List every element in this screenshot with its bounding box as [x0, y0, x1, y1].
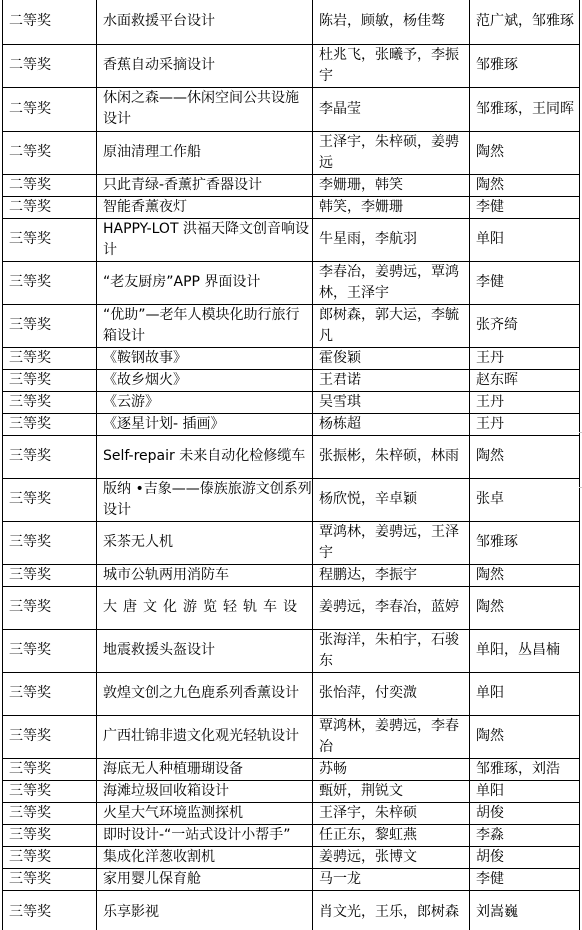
- table-row: 二等奖休闲之森——休闲空间公共设施设计李晶莹邹雅琢，王同晖: [3, 87, 580, 131]
- award-cell: 三等奖: [3, 304, 97, 347]
- title-cell: 集成化洋葱收割机: [97, 846, 313, 868]
- award-cell: 三等奖: [3, 261, 97, 304]
- authors-cell: 覃鸿林，姜骋远，王泽宇: [313, 521, 470, 564]
- advisor-cell: 胡俊: [470, 802, 580, 824]
- title-cell: 地震救援头盔设计: [97, 629, 313, 672]
- advisor-cell: 胡俊: [470, 846, 580, 868]
- advisor-cell: 邹雅琢: [470, 521, 580, 564]
- title-cell: “优助”—老年人模块化助行旅行箱设计: [97, 304, 313, 347]
- title-cell: 广西壮锦非遗文化观光轻轨设计: [97, 715, 313, 758]
- award-cell: 三等奖: [3, 758, 97, 780]
- authors-cell: 肖文光，王乐，郎树森: [313, 890, 470, 930]
- table-row: 二等奖智能香薰夜灯韩笑，李姗珊李健: [3, 196, 580, 218]
- advisor-cell: 邹雅琢，王同晖: [470, 87, 580, 131]
- award-cell: 三等奖: [3, 369, 97, 391]
- table-row: 三等奖即时设计-“一站式设计小帮手”任正东，黎虹燕李淼: [3, 824, 580, 846]
- table-row: 三等奖《逐星计划- 插画》杨栋超王丹: [3, 413, 580, 435]
- table-row: 二等奖原油清理工作船王泽宇，朱梓硕，姜骋远陶然: [3, 131, 580, 174]
- table-row: 三等奖《云游》吴雪琪王丹: [3, 391, 580, 413]
- authors-cell: 杜兆飞，张曦予，李振宇: [313, 44, 470, 87]
- title-cell: 只此青绿-香薰扩香器设计: [97, 174, 313, 196]
- title-cell: 海底无人种植珊瑚设备: [97, 758, 313, 780]
- advisor-cell: 陶然: [470, 435, 580, 478]
- authors-cell: 郎树森，郭大运，李毓凡: [313, 304, 470, 347]
- award-cell: 三等奖: [3, 478, 97, 521]
- title-cell: 水面救援平台设计: [97, 0, 313, 44]
- table-row: 三等奖海滩垃圾回收箱设计甄妍，荆锐文单阳: [3, 780, 580, 802]
- authors-cell: 吴雪琪: [313, 391, 470, 413]
- table-row: 三等奖乐享影视肖文光，王乐，郎树森刘嵩巍: [3, 890, 580, 930]
- table-row: 三等奖敦煌文创之九色鹿系列香薰设计张怡萍，付奕溦单阳: [3, 672, 580, 715]
- awards-table: 二等奖水面救援平台设计陈岩，顾敏，杨佳骜范广斌，邹雅琢二等奖香蕉自动采摘设计杜兆…: [2, 0, 580, 930]
- authors-cell: 王泽宇，朱梓硕，姜骋远: [313, 131, 470, 174]
- award-cell: 三等奖: [3, 413, 97, 435]
- award-cell: 三等奖: [3, 564, 97, 586]
- advisor-cell: 邹雅琢，刘浩: [470, 758, 580, 780]
- award-cell: 三等奖: [3, 890, 97, 930]
- advisor-cell: 王丹: [470, 413, 580, 435]
- table-row: 三等奖火星大气环境监测探机王泽宇，朱梓硕胡俊: [3, 802, 580, 824]
- table-row: 二等奖香蕉自动采摘设计杜兆飞，张曦予，李振宇邹雅琢: [3, 44, 580, 87]
- awards-table-body: 二等奖水面救援平台设计陈岩，顾敏，杨佳骜范广斌，邹雅琢二等奖香蕉自动采摘设计杜兆…: [3, 0, 580, 930]
- authors-cell: 张海洋，朱柏宇，石骏东: [313, 629, 470, 672]
- authors-cell: 程鹏达，李振宇: [313, 564, 470, 586]
- title-cell: 家用婴儿保育舱: [97, 868, 313, 890]
- authors-cell: 姜骋远，张博文: [313, 846, 470, 868]
- title-cell: Self-repair 未来自动化检修缆车: [97, 435, 313, 478]
- advisor-cell: 李健: [470, 261, 580, 304]
- advisor-cell: 李健: [470, 196, 580, 218]
- advisor-cell: 单阳: [470, 780, 580, 802]
- authors-cell: 覃鸿林，姜骋远，李春冶: [313, 715, 470, 758]
- title-cell: 智能香薰夜灯: [97, 196, 313, 218]
- advisor-cell: 单阳: [470, 672, 580, 715]
- award-cell: 三等奖: [3, 586, 97, 629]
- table-row: 二等奖水面救援平台设计陈岩，顾敏，杨佳骜范广斌，邹雅琢: [3, 0, 580, 44]
- table-row: 三等奖版纳 •吉象——傣族旅游文创系列设计杨欣悦，辛卓颖张卓: [3, 478, 580, 521]
- title-cell: 火星大气环境监测探机: [97, 802, 313, 824]
- authors-cell: 牛星雨，李航羽: [313, 218, 470, 261]
- authors-cell: 张怡萍，付奕溦: [313, 672, 470, 715]
- table-row: 三等奖集成化洋葱收割机姜骋远，张博文胡俊: [3, 846, 580, 868]
- authors-cell: 杨欣悦，辛卓颖: [313, 478, 470, 521]
- table-row: 三等奖广西壮锦非遗文化观光轻轨设计覃鸿林，姜骋远，李春冶陶然: [3, 715, 580, 758]
- advisor-cell: 张卓: [470, 478, 580, 521]
- table-row: 三等奖“老友厨房”APP 界面设计李春冶，姜骋远，覃鸿林，王泽宇李健: [3, 261, 580, 304]
- title-cell: 敦煌文创之九色鹿系列香薰设计: [97, 672, 313, 715]
- authors-cell: 马一龙: [313, 868, 470, 890]
- authors-cell: 杨栋超: [313, 413, 470, 435]
- advisor-cell: 单阳: [470, 218, 580, 261]
- title-cell: 城市公轨两用消防车: [97, 564, 313, 586]
- advisor-cell: 邹雅琢: [470, 44, 580, 87]
- award-cell: 三等奖: [3, 715, 97, 758]
- title-cell: 休闲之森——休闲空间公共设施设计: [97, 87, 313, 131]
- table-row: 三等奖《鞍钢故事》霍俊颖王丹: [3, 347, 580, 369]
- advisor-cell: 陶然: [470, 174, 580, 196]
- title-cell: 采茶无人机: [97, 521, 313, 564]
- award-cell: 二等奖: [3, 131, 97, 174]
- advisor-cell: 张齐绮: [470, 304, 580, 347]
- title-cell: 《鞍钢故事》: [97, 347, 313, 369]
- award-cell: 三等奖: [3, 672, 97, 715]
- table-row: 三等奖海底无人种植珊瑚设备苏畅邹雅琢，刘浩: [3, 758, 580, 780]
- authors-cell: 霍俊颖: [313, 347, 470, 369]
- advisor-cell: 李淼: [470, 824, 580, 846]
- title-cell: 版纳 •吉象——傣族旅游文创系列设计: [97, 478, 313, 521]
- award-cell: 二等奖: [3, 87, 97, 131]
- table-row: 三等奖HAPPY-LOT 洪福天降文创音响设计牛星雨，李航羽单阳: [3, 218, 580, 261]
- advisor-cell: 王丹: [470, 347, 580, 369]
- authors-cell: 陈岩，顾敏，杨佳骜: [313, 0, 470, 44]
- table-row: 三等奖城市公轨两用消防车程鹏达，李振宇陶然: [3, 564, 580, 586]
- authors-cell: 王泽宇，朱梓硕: [313, 802, 470, 824]
- award-cell: 二等奖: [3, 174, 97, 196]
- table-row: 三等奖家用婴儿保育舱马一龙李健: [3, 868, 580, 890]
- table-row: 三等奖采茶无人机覃鸿林，姜骋远，王泽宇邹雅琢: [3, 521, 580, 564]
- advisor-cell: 范广斌，邹雅琢: [470, 0, 580, 44]
- award-cell: 三等奖: [3, 846, 97, 868]
- authors-cell: 苏畅: [313, 758, 470, 780]
- award-cell: 二等奖: [3, 0, 97, 44]
- advisor-cell: 陶然: [470, 586, 580, 629]
- authors-cell: 韩笑，李姗珊: [313, 196, 470, 218]
- advisor-cell: 赵东晖: [470, 369, 580, 391]
- table-row: 三等奖地震救援头盔设计张海洋，朱柏宇，石骏东单阳，丛昌楠: [3, 629, 580, 672]
- title-cell: “老友厨房”APP 界面设计: [97, 261, 313, 304]
- table-row: 三等奖“优助”—老年人模块化助行旅行箱设计郎树森，郭大运，李毓凡张齐绮: [3, 304, 580, 347]
- table-row: 三等奖Self-repair 未来自动化检修缆车张振彬，朱梓硕，林雨陶然: [3, 435, 580, 478]
- award-cell: 二等奖: [3, 44, 97, 87]
- title-cell: 《故乡烟火》: [97, 369, 313, 391]
- title-cell: HAPPY-LOT 洪福天降文创音响设计: [97, 218, 313, 261]
- title-cell: 原油清理工作船: [97, 131, 313, 174]
- title-cell: 大唐文化游览轻轨车设: [97, 586, 313, 629]
- table-row: 二等奖只此青绿-香薰扩香器设计李姗珊，韩笑陶然: [3, 174, 580, 196]
- advisor-cell: 王丹: [470, 391, 580, 413]
- title-cell: 《云游》: [97, 391, 313, 413]
- award-cell: 三等奖: [3, 521, 97, 564]
- title-cell: 香蕉自动采摘设计: [97, 44, 313, 87]
- title-cell: 乐享影视: [97, 890, 313, 930]
- advisor-cell: 刘嵩巍: [470, 890, 580, 930]
- award-cell: 三等奖: [3, 802, 97, 824]
- award-cell: 三等奖: [3, 435, 97, 478]
- authors-cell: 姜骋远，李春冶，蓝婷: [313, 586, 470, 629]
- authors-cell: 李晶莹: [313, 87, 470, 131]
- advisor-cell: 李健: [470, 868, 580, 890]
- advisor-cell: 陶然: [470, 131, 580, 174]
- title-cell: 即时设计-“一站式设计小帮手”: [97, 824, 313, 846]
- title-cell: 海滩垃圾回收箱设计: [97, 780, 313, 802]
- advisor-cell: 陶然: [470, 564, 580, 586]
- authors-cell: 王君诺: [313, 369, 470, 391]
- award-cell: 三等奖: [3, 868, 97, 890]
- authors-cell: 李春冶，姜骋远，覃鸿林，王泽宇: [313, 261, 470, 304]
- award-cell: 三等奖: [3, 824, 97, 846]
- advisor-cell: 单阳，丛昌楠: [470, 629, 580, 672]
- authors-cell: 任正东，黎虹燕: [313, 824, 470, 846]
- title-cell: 《逐星计划- 插画》: [97, 413, 313, 435]
- authors-cell: 张振彬，朱梓硕，林雨: [313, 435, 470, 478]
- award-cell: 二等奖: [3, 196, 97, 218]
- award-cell: 三等奖: [3, 218, 97, 261]
- award-cell: 三等奖: [3, 391, 97, 413]
- authors-cell: 甄妍，荆锐文: [313, 780, 470, 802]
- authors-cell: 李姗珊，韩笑: [313, 174, 470, 196]
- advisor-cell: 陶然: [470, 715, 580, 758]
- award-cell: 三等奖: [3, 629, 97, 672]
- table-row: 三等奖大唐文化游览轻轨车设姜骋远，李春冶，蓝婷陶然: [3, 586, 580, 629]
- award-cell: 三等奖: [3, 780, 97, 802]
- award-cell: 三等奖: [3, 347, 97, 369]
- table-row: 三等奖《故乡烟火》王君诺赵东晖: [3, 369, 580, 391]
